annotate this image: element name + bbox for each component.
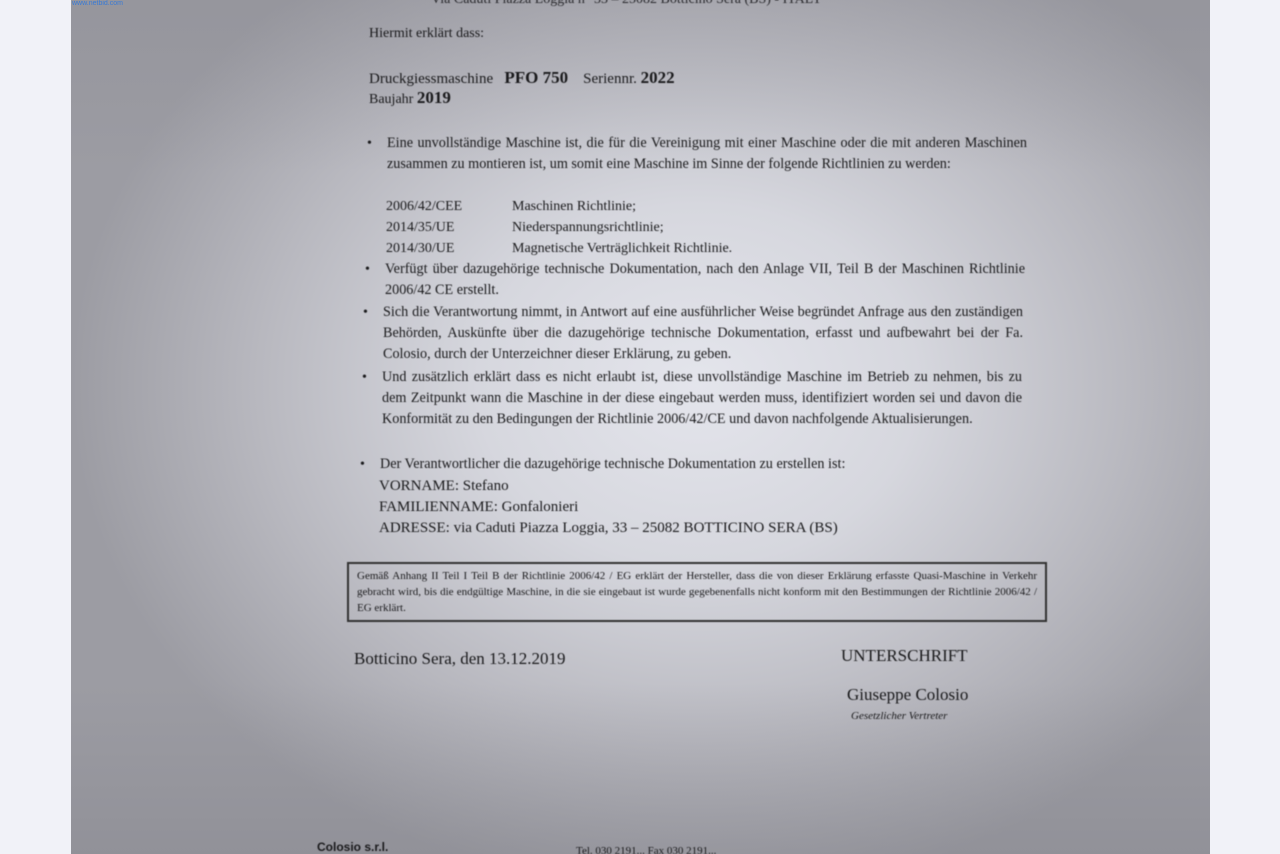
bullet-responsible-person: Der Verantwortlicher die dazugehörige te… [380,454,1020,475]
intro-text: Hiermit erklärt dass: [369,26,484,42]
place-date: Botticino Sera, den 13.12.2019 [354,649,566,669]
bullet-responsibility: Sich die Verantwortung nimmt, in Antwort… [383,302,1023,365]
directive-list: 2006/42/CEEMaschinen Richtlinie; 2014/35… [386,196,732,259]
bullet-incomplete-machine: Eine unvollständige Maschine ist, die fü… [387,133,1027,175]
bullet-not-permitted: Und zusätzlich erklärt dass es nicht erl… [382,367,1022,430]
footer-contact: Tel. 030 2191... Fax 030 2191... [576,845,716,854]
directive-item: 2006/42/CEEMaschinen Richtlinie; [386,196,732,217]
directive-item: 2014/35/UENiederspannungsrichtlinie; [386,217,732,238]
responsible-contact: VORNAME: Stefano FAMILIENNAME: Gonfaloni… [379,476,838,539]
last-name-row: FAMILIENNAME: Gonfalonieri [379,497,838,518]
signatory-role: Gesetzlicher Vertreter [851,710,947,722]
serial-label: Seriennr. [583,71,637,87]
year-line: Baujahr 2019 [369,88,451,108]
document-photo: www.netbid.com Via Caduti Piazza Loggia … [71,0,1210,854]
first-name-row: VORNAME: Stefano [379,476,838,497]
year-value: 2019 [417,88,451,107]
signatory-name: Giuseppe Colosio [847,685,968,705]
watermark-link[interactable]: www.netbid.com [72,0,123,7]
address-row: ADRESSE: via Caduti Piazza Loggia, 33 – … [379,518,838,539]
header-address-line: Via Caduti Piazza Loggia n° 33 – 25082 B… [431,0,822,8]
machine-label: Druckgiessmaschine [369,71,493,87]
declaration-document: Via Caduti Piazza Loggia n° 33 – 25082 B… [71,0,1210,854]
footer-company: Colosio s.r.l. [317,840,388,854]
directive-item: 2014/30/UEMagnetische Verträglichkeit Ri… [386,238,732,259]
bullet-technical-documentation: Verfügt über dazugehörige technische Dok… [385,259,1025,301]
machine-line: Druckgiessmaschine PFO 750 Seriennr. 202… [369,68,675,88]
signature-label: UNTERSCHRIFT [841,646,968,666]
notice-box: Gemäß Anhang II Teil I Teil B der Richtl… [347,562,1047,622]
machine-model: PFO 750 [504,68,568,87]
serial-number: 2022 [641,68,675,87]
year-label: Baujahr [369,92,413,107]
